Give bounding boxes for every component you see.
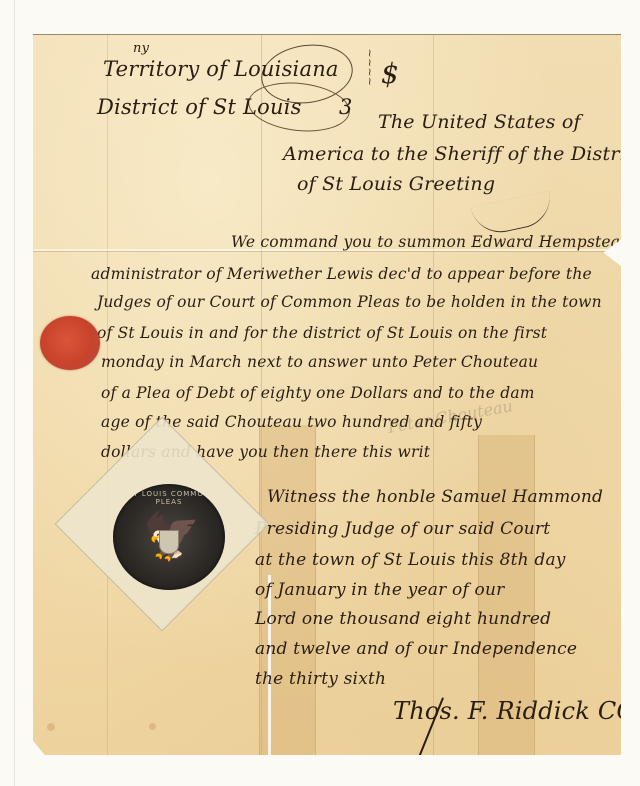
body-line-6: of a Plea of Debt of eighty one Dollars …: [101, 384, 535, 402]
body-line-1: We command you to summon Edward Hempstea…: [231, 233, 630, 251]
stain-spot: [47, 723, 55, 731]
fee-mark: 3: [339, 95, 353, 119]
witness-line-7: the thirty sixth: [255, 669, 386, 689]
witness-line-5: Lord one thousand eight hundred: [255, 609, 551, 629]
body-line-5: monday in March next to answer unto Pete…: [101, 353, 538, 371]
witness-line-6: and twelve and of our Independence: [255, 639, 577, 659]
seal-ring-text: ST LOUIS COMMON PLEAS: [113, 490, 225, 506]
corner-mark: ny: [133, 41, 149, 56]
red-wax-seal: [40, 316, 100, 370]
witness-line-4: of January in the year of our: [255, 580, 504, 600]
body-line-4: of St Louis in and for the district of S…: [97, 324, 547, 342]
witness-line-1: Witness the honble Samuel Hammond: [267, 487, 603, 507]
territory-heading: Territory of Louisiana: [103, 57, 339, 81]
scan-edge: [14, 0, 15, 786]
shield-icon: [159, 530, 179, 554]
stain-spot: [149, 723, 156, 730]
clerk-signature: Thos. F. Riddick CCCP: [393, 697, 640, 725]
document-paper: ny Territory of Louisiana District of St…: [33, 34, 621, 755]
address-line-2: America to the Sheriff of the District: [283, 143, 640, 165]
witness-line-3: at the town of St Louis this 8th day: [255, 550, 566, 570]
amount-mark: $: [381, 57, 399, 90]
body-line-3: Judges of our Court of Common Pleas to b…: [97, 293, 602, 311]
greeting-flourish: [471, 191, 556, 238]
court-seal-icon: ST LOUIS COMMON PLEAS 🦅: [113, 484, 225, 590]
district-heading: District of St Louis: [97, 95, 302, 119]
address-line-1: The United States of: [378, 111, 581, 133]
body-line-2: administrator of Meriwether Lewis dec'd …: [91, 265, 592, 283]
fee-squiggle: ~~~~: [363, 49, 376, 87]
address-line-3: of St Louis Greeting: [297, 173, 495, 195]
witness-line-2: Presiding Judge of our said Court: [255, 519, 550, 539]
